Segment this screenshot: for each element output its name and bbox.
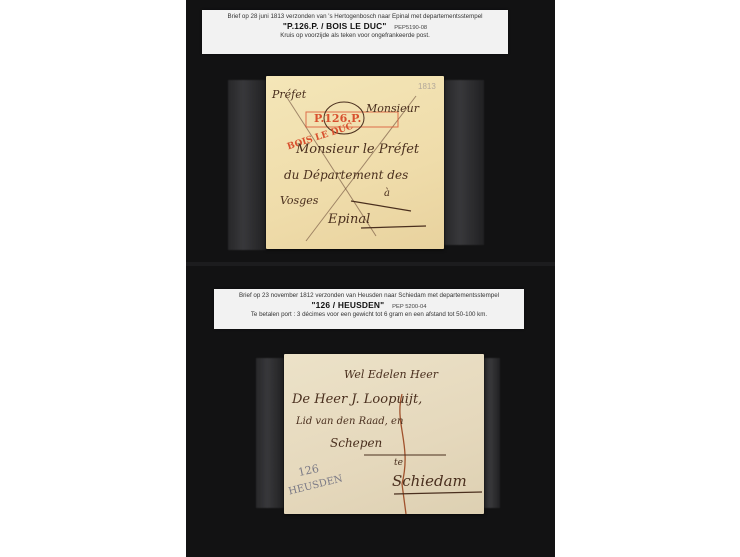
section-divider xyxy=(186,262,555,266)
caption-reference: PEP 5200-04 xyxy=(392,304,426,310)
address-line-1: Wel Edelen Heer xyxy=(344,368,438,381)
postmark-line-1: P.126.P. xyxy=(314,112,361,125)
album-page: Brief op 28 juni 1813 verzonden van 's H… xyxy=(186,0,555,557)
address-line-4: Schepen xyxy=(330,436,382,450)
photo-mount-right-1 xyxy=(444,80,484,245)
photo-mount-left-2 xyxy=(256,358,284,508)
caption-label-1: Brief op 28 juni 1813 verzonden van 's H… xyxy=(202,10,508,54)
caption-title-row: "126 / HEUSDEN" PEP 5200-04 xyxy=(214,301,524,312)
caption-title: "P.126.P. / BOIS LE DUC" xyxy=(283,21,387,31)
address-line-4: Vosges xyxy=(280,194,318,207)
address-line-5: à xyxy=(384,188,390,199)
caption-label-2: Brief op 23 november 1812 verzonden van … xyxy=(214,289,524,329)
address-line-3: du Département des xyxy=(284,168,408,182)
photo-mount-left-1 xyxy=(228,80,266,250)
photo-mount-right-2 xyxy=(484,358,500,508)
address-line-1: Monsieur xyxy=(366,102,419,115)
address-line-2: Monsieur le Préfet xyxy=(296,142,419,157)
address-line-6: Schiedam xyxy=(392,472,467,490)
corner-note: Préfet xyxy=(272,88,306,101)
caption-title-row: "P.126.P. / BOIS LE DUC" PEP5190-08 xyxy=(202,22,508,33)
letter-cover-2[interactable]: Wel Edelen Heer De Heer J. Loopuijt, Lid… xyxy=(284,354,484,514)
letter-cover-1[interactable]: 1813 Préfet P.126.P. BOIS LE DUC Monsieu… xyxy=(266,76,444,249)
address-line-3: Lid van den Raad, en xyxy=(296,416,403,427)
pencil-note: 1813 xyxy=(418,82,436,91)
caption-reference: PEP5190-08 xyxy=(394,25,427,31)
caption-note: Kruis op voorzijde als teken voor ongefr… xyxy=(202,32,508,41)
address-line-2: De Heer J. Loopuijt, xyxy=(292,392,422,407)
caption-title: "126 / HEUSDEN" xyxy=(312,300,385,310)
address-line-5: te xyxy=(394,458,403,468)
caption-note: Te betalen port : 3 décimes voor een gew… xyxy=(214,311,524,320)
address-line-6: Epinal xyxy=(328,212,370,227)
